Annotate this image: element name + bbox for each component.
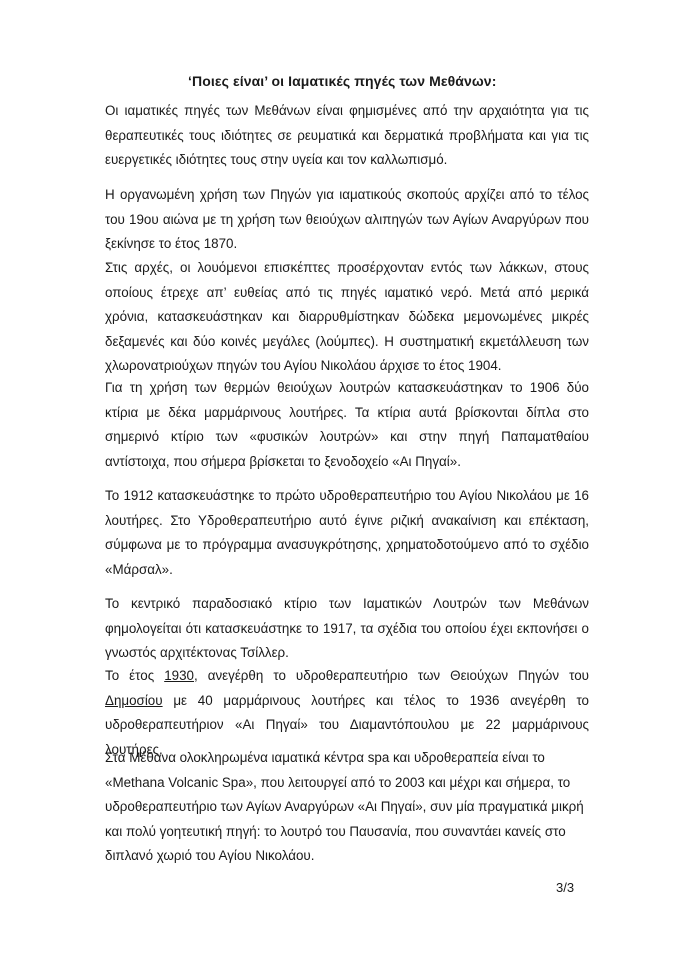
- paragraph-7-text-a: Το έτος: [105, 668, 164, 683]
- paragraph-7-text-b: , ανεγέρθη το υδροθεραπευτήριο των Θειού…: [194, 668, 589, 683]
- paragraph-2: Η οργανωμένη χρήση των Πηγών για ιαματικ…: [105, 183, 589, 257]
- paragraph-4: Για τη χρήση των θερμών θειούχων λουτρών…: [105, 376, 589, 474]
- paragraph-3: Στις αρχές, οι λουόμενοι επισκέπτες προσ…: [105, 256, 589, 379]
- document-title: ‘Ποιες είναι’ οι Ιαματικές πηγές των Μεθ…: [188, 73, 496, 89]
- paragraph-8: Στα Μέθανα ολοκληρωμένα ιαματικά κέντρα …: [105, 746, 589, 869]
- document-page: ‘Ποιες είναι’ οι Ιαματικές πηγές των Μεθ…: [0, 0, 679, 960]
- page-number: 3/3: [556, 880, 574, 895]
- paragraph-5: Το 1912 κατασκευάστηκε το πρώτο υδροθερα…: [105, 484, 589, 582]
- paragraph-6: Το κεντρικό παραδοσιακό κτίριο των Ιαματ…: [105, 592, 589, 666]
- dimosiou-underlined: Δημοσίου: [105, 693, 163, 708]
- year-1930-underlined: 1930: [164, 668, 194, 683]
- paragraph-1: Οι ιαματικές πηγές των Μεθάνων είναι φημ…: [105, 99, 589, 173]
